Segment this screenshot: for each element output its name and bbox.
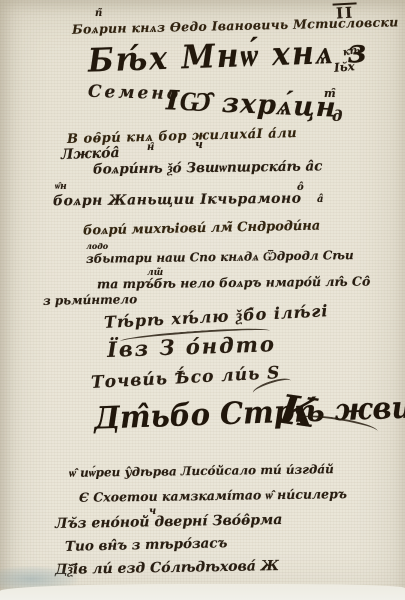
superscript-mark: а̂ — [317, 195, 323, 205]
manuscript-line: Є Схоетои камзкамі́тао ѡ̂ ни́силеръ — [79, 488, 347, 504]
superscript-mark: лодо — [86, 242, 108, 250]
manuscript-line: В оѳ̑ри́ кнѧ бор жилиха́І а́ли — [67, 127, 297, 146]
manuscript-line: ІѠ̑ зхрѧ́цн — [165, 87, 337, 121]
manuscript-line: Точви́ь Ѣ́со ли́ь Ѕ — [91, 365, 281, 392]
manuscript-line: та тръ́бѣ нело боѧръ нмаро́й лѣ̂ Со̂ — [97, 276, 370, 291]
manuscript-page: II п̃ Боѧрин кнѧз Ѳедо Івановичь Мстисло… — [0, 0, 405, 600]
manuscript-line: Ївз З о́ндто — [107, 333, 277, 360]
superscript-mark: ч — [195, 139, 203, 150]
manuscript-line: збытари наш Спо кнѧдѧ Ѿдродл Сѣи — [86, 249, 354, 265]
superscript-mark: ѡ̑н — [55, 183, 67, 192]
manuscript-line: Бѣ́х Мнѡ́ хнѧ з — [88, 36, 369, 78]
manuscript-line: Дѯ̂ів ли́ езд Со́лѣдѣхова́ Ж — [55, 559, 279, 577]
manuscript-line: Лжко́а̂ — [61, 146, 120, 162]
superscript-mark: д — [332, 109, 342, 124]
superscript-mark: т̑ — [324, 88, 336, 99]
manuscript-line: боѧри́ михѣіови́ лм̃ Сндроди́на — [83, 220, 320, 238]
manuscript-line: Тѣ́рѣ хѣ́лю ѯб̂о ілѣ́гі — [104, 303, 329, 331]
manuscript-line: боѧрн Жаньщии Ікчьрамоно — [53, 192, 302, 209]
superscript-mark: п̃ — [95, 9, 102, 19]
superscript-mark: о̂ — [297, 183, 304, 193]
manuscript-line: з рьми́нтело — [43, 293, 137, 307]
manuscript-line: Лъ̆з ено́ной дверні́ Зво́ѳ̂рма — [55, 513, 283, 531]
signature-flourish-letter: К — [277, 390, 319, 435]
superscript-mark: н̑ — [147, 143, 154, 153]
manuscript-line: ѡ̂ иѡ́реи у̂дѣрва Лисо́йсало ти́ и́згда́… — [69, 463, 334, 479]
superscript-mark: Іь̆х — [334, 60, 356, 74]
scan-edge-strip — [0, 584, 405, 600]
manuscript-line: боѧри́нѣ ѯо́ Звшѡпшрска́ѣ а̂с — [93, 160, 323, 177]
manuscript-line: Тио вн̂ъ з тѣро́засъ — [65, 537, 228, 554]
